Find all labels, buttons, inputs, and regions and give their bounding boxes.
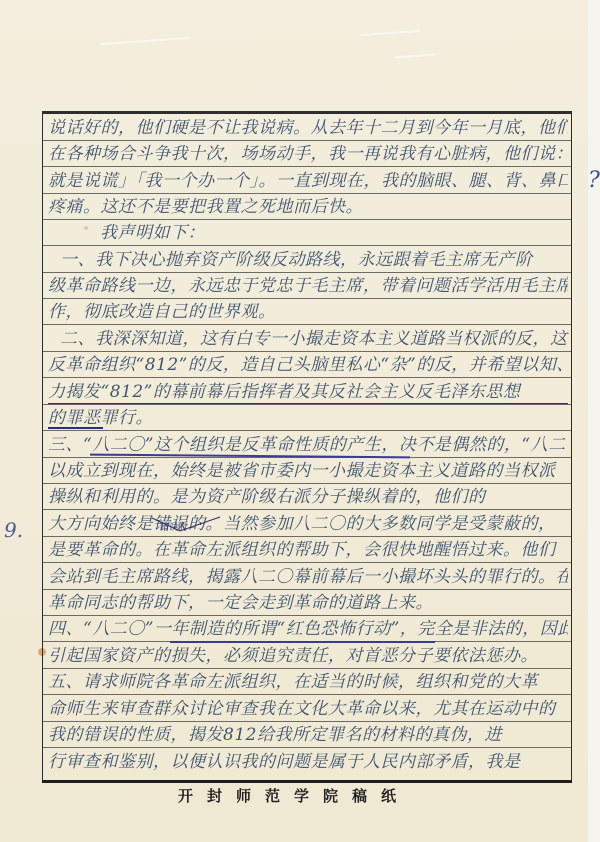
handwritten-line: 我声明如下： xyxy=(100,222,560,244)
ruled-line xyxy=(43,615,571,616)
paper-letterhead: 开封师范学院稿纸 xyxy=(0,785,588,806)
handwritten-line: 力揭发“812”的幕前幕后指挥者及其反社会主义反毛泽东思想 xyxy=(48,381,568,404)
handwritten-line: 级革命路线一边，永远忠于党忠于毛主席，带着问题活学活用毛主席著 xyxy=(48,275,568,297)
ruled-line xyxy=(43,140,571,141)
handwritten-line: 以成立到现在，始终是被省市委内一小撮走资本主义道路的当权派 xyxy=(48,460,568,482)
ruled-line xyxy=(43,324,571,325)
handwritten-line: 的罪恶罪行。 xyxy=(48,407,168,429)
ruled-line xyxy=(43,509,571,510)
handwritten-line: 行审查和鉴别，以便认识我的问题是属于人民内部矛盾，我是 xyxy=(48,751,568,773)
ruled-line xyxy=(43,483,571,484)
insertion-caret-icon xyxy=(150,515,230,535)
handwritten-line: 引起国家资产的损失，必须追究责任，对首恶分子要依法惩办。 xyxy=(48,645,568,667)
ruled-line xyxy=(43,747,571,748)
handwritten-line: 三、“八二〇”这个组织是反革命性质的产生，决不是偶然的，“八二〇” xyxy=(48,434,568,456)
handwritten-line: 大方向始终是错误的。当然参加八二〇的大多数同学是受蒙蔽的， xyxy=(48,513,568,535)
handwritten-line: 反革命组织“812”的反，造自己头脑里私心“杂”的反，并希望以知、大 xyxy=(48,354,568,376)
ruled-line xyxy=(43,430,571,431)
ruled-line xyxy=(43,589,571,590)
handwritten-line: 在各种场合斗争我十次，场场动手，我一再说我有心脏病，他们说：「你 xyxy=(48,143,568,165)
margin-number: 9. xyxy=(4,518,23,542)
ruled-line xyxy=(43,668,571,669)
handwritten-line: 我的错误的性质，揭发812给我所定罪名的材料的真伪，进 xyxy=(48,724,568,746)
handwritten-line: 操纵和利用的。是为资产阶级右派分子操纵着的，他们的 xyxy=(48,486,568,508)
ruled-line xyxy=(43,298,571,299)
ruled-line xyxy=(43,694,571,695)
frame-bottom-border xyxy=(42,780,572,783)
scan-edge xyxy=(588,0,600,842)
ruled-line xyxy=(43,272,571,273)
handwritten-line: 命师生来审查群众讨论审查我在文化大革命以来，尤其在运动中的 xyxy=(48,698,568,720)
handwritten-line: 革命同志的帮助下，一定会走到革命的道路上来。 xyxy=(48,592,568,614)
handwritten-line: 五、请求师院各革命左派组织，在适当的时候，组织和党的大革 xyxy=(48,671,568,693)
ruled-line xyxy=(43,562,571,563)
ink-underline xyxy=(170,641,435,643)
frame-top-border xyxy=(42,111,572,114)
ruled-line xyxy=(43,404,571,405)
handwritten-line: 说话好的，他们硬是不让我说病。从去年十二月到今年一月底，他们又 xyxy=(48,117,568,139)
handwritten-line: 是要革命的。在革命左派组织的帮助下，会很快地醒悟过来。他们 xyxy=(48,539,568,561)
ink-underline xyxy=(48,427,103,429)
ruled-line xyxy=(43,245,571,246)
handwritten-line: 就是说谎」「我一个办一个」。一直到现在，我的脑眼、腿、背、鼻口仍在 xyxy=(48,170,568,192)
ruled-line xyxy=(43,457,571,458)
ruled-line xyxy=(43,377,571,378)
ruled-line xyxy=(43,193,571,194)
handwritten-line: 二、我深深知道，这有白专一小撮走资本主义道路当权派的反，这 xyxy=(60,328,580,350)
ruled-line xyxy=(43,536,571,537)
handwritten-line: 会站到毛主席路线，揭露八二〇幕前幕后一小撮坏头头的罪行的。在 xyxy=(48,566,568,588)
ruled-line xyxy=(43,721,571,722)
handwritten-line: 一、我下决心抛弃资产阶级反动路线，永远跟着毛主席无产阶 xyxy=(60,249,580,271)
ruled-line xyxy=(43,219,571,220)
ruled-line xyxy=(43,166,571,167)
handwritten-line: 四、“八二〇”一年制造的所谓“红色恐怖行动”，完全是非法的，因此 xyxy=(48,618,568,640)
ruled-line xyxy=(43,351,571,352)
handwritten-line: 疼痛。这还不是要把我置之死地而后快。 xyxy=(48,196,568,218)
handwritten-line: 作，彻底改造自己的世界观。 xyxy=(48,301,568,323)
margin-question-mark: ? xyxy=(588,168,600,193)
